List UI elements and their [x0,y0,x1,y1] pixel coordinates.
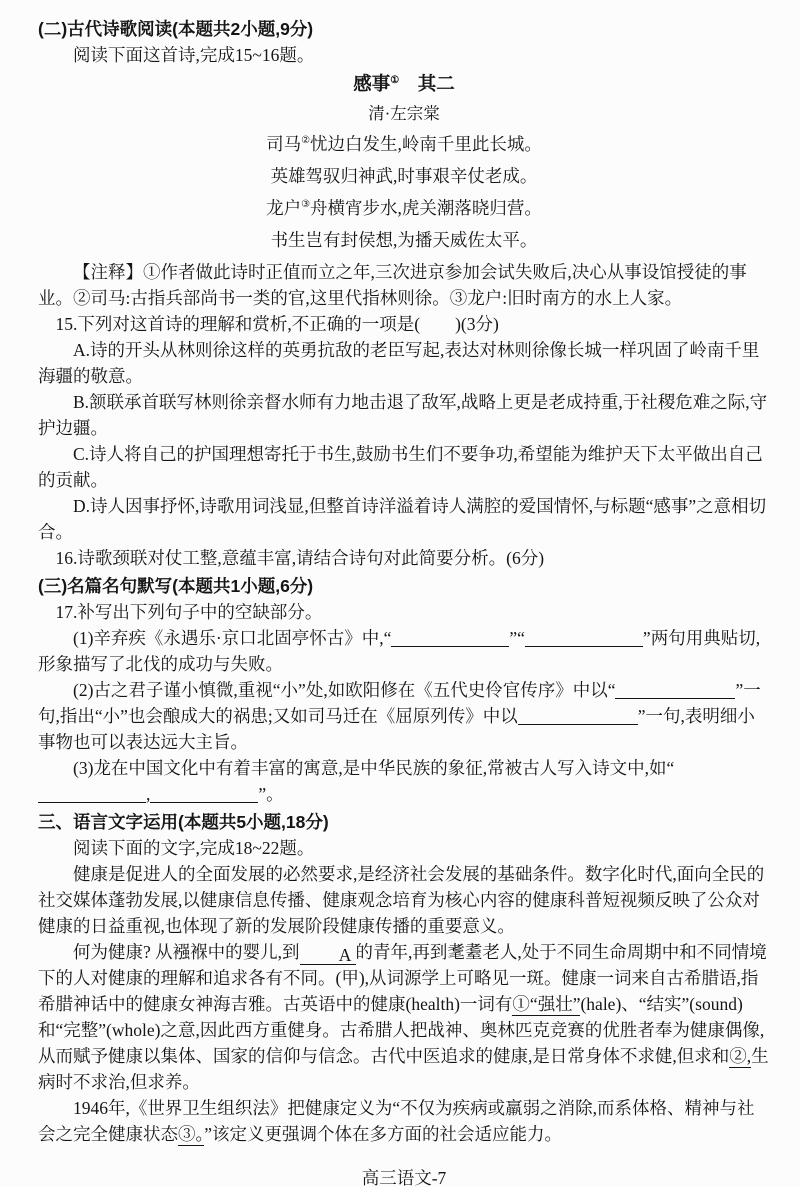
fill-in-blank [525,629,643,647]
text-segment: (3)龙在中国文化中有着丰富的寓意,是中华民族的象征,常被古人写入诗文中,如“ [73,758,674,778]
section3-heading: (三)名篇名句默写(本题共1小题,6分) [38,573,770,599]
passage-para-2: 何为健康? 从襁褓中的婴儿,到A的青年,再到耄耋老人,处于不同生命周期中和不同情… [38,939,770,1095]
q15-option-a: A.诗的开头从林则徐这样的英勇抗敌的老臣写起,表达对林则徐像长城一样巩固了岭南千… [38,337,770,389]
text-segment: ② [301,135,310,146]
section-three-heading: 三、语言文字运用(本题共5小题,18分) [38,809,770,835]
poem-line: 英雄驾驭归神武,时事艰辛仗老成。 [38,160,770,192]
fill-in-blank: A [300,947,356,965]
text-segment: ① [390,75,399,86]
text-segment: (1)辛弃疾《永遇乐·京口北固亭怀古》中,“ [73,628,391,648]
passage-para-3: 1946年,《世界卫生组织法》把健康定义为“不仅为疾病或羸弱之消除,而系体格、精… [38,1095,770,1147]
q15-option-d: D.诗人因事抒怀,诗歌用词浅显,但整首诗洋溢着诗人满腔的爱国情怀,与标题“感事”… [38,493,770,545]
text-segment: ③。 [178,1124,204,1146]
text-segment: 感事 [353,75,390,95]
page-footer: 高三语文-7 [38,1165,770,1187]
poem-line: 书生岂有封侯想,为播天威佐太平。 [38,224,770,256]
text-segment: ③ [301,199,310,210]
text-segment: 其二 [399,75,455,95]
text-segment: (2)古之君子谨小慎微,重视“小”处,如欧阳修在《五代史伶官传序》中以“ [73,680,615,700]
text-segment: ”该定义更强调个体在多方面的社会适应能力。 [204,1124,562,1144]
poem-author: 清·左宗棠 [38,100,770,128]
q17-stem: 17.补写出下列句子中的空缺部分。 [38,599,770,625]
poem-title: 感事① 其二 [38,70,770,100]
q17-item-1: (1)辛弃疾《永遇乐·京口北固亭怀古》中,“”“”两句用典贴切,形象描写了北伐的… [38,625,770,677]
fill-in-blank [518,707,638,725]
fill-in-blank [150,785,258,803]
q15-option-b: B.颔联承首联写林则徐亲督水师有力地击退了敌军,战略上更是老成持重,于社稷危难之… [38,389,770,441]
poem-block: 感事① 其二 清·左宗棠 司马②忧边白发生,岭南千里此长城。 英雄驾驭归神武,时… [38,70,770,256]
section2-intro: 阅读下面这首诗,完成15~16题。 [38,42,770,68]
poem-line: 司马②忧边白发生,岭南千里此长城。 [38,128,770,160]
section-three-intro: 阅读下面的文字,完成18~22题。 [38,835,770,861]
text-segment: 舟横宵步水,虎关潮落晓归营。 [310,198,542,218]
q16-stem: 16.诗歌颈联对仗工整,意蕴丰富,请结合诗句对此简要分析。(6分) [38,545,770,571]
text-segment: ①“强壮” [512,994,580,1016]
text-segment: 龙户 [266,198,301,218]
q17-item-2: (2)古之君子谨小慎微,重视“小”处,如欧阳修在《五代史伶官传序》中以“”一句,… [38,677,770,755]
q17-item-3: (3)龙在中国文化中有着丰富的寓意,是中华民族的象征,常被古人写入诗文中,如“,… [38,755,770,807]
q15-option-c: C.诗人将自己的护国理想寄托于书生,鼓励书生们不要争功,希望能为维护天下太平做出… [38,441,770,493]
section2-heading: (二)古代诗歌阅读(本题共2小题,9分) [38,16,770,42]
text-segment: 书生岂有封侯想,为播天威佐太平。 [271,230,538,250]
passage-para-1: 健康是促进人的全面发展的必然要求,是经济社会发展的基础条件。数字化时代,面向全民… [38,861,770,939]
text-segment: ”。 [258,784,283,804]
fill-in-blank [615,681,735,699]
fill-in-blank [38,785,146,803]
text-segment: 忧边白发生,岭南千里此长城。 [310,134,542,154]
text-segment: 司马 [266,134,301,154]
text-segment: 英雄驾驭归神武,时事艰辛仗老成。 [271,166,538,186]
q15-stem: 15.下列对这首诗的理解和赏析,不正确的一项是( )(3分) [38,311,770,337]
poem-notes: 【注释】①作者做此诗时正值而立之年,三次进京参加会试失败后,决心从事设馆授徒的事… [38,259,770,311]
text-segment: ”“ [509,628,525,648]
text-segment: ②, [729,1046,751,1068]
text-segment: 何为健康? 从襁褓中的婴儿,到 [73,942,300,962]
exam-page: (二)古代诗歌阅读(本题共2小题,9分) 阅读下面这首诗,完成15~16题。 感… [0,0,800,1187]
poem-line: 龙户③舟横宵步水,虎关潮落晓归营。 [38,192,770,224]
fill-in-blank [391,629,509,647]
